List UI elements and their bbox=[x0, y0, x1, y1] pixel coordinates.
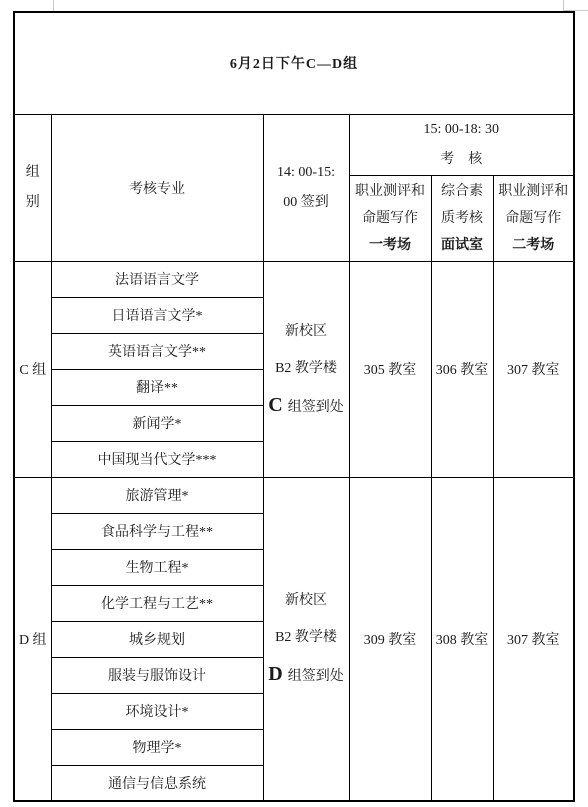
major-cell: 环境设计* bbox=[51, 693, 263, 729]
major-cell: 旅游管理* bbox=[51, 477, 263, 513]
header-group-line2: 别 bbox=[15, 188, 51, 218]
group-d-room-1: 309 教室 bbox=[349, 477, 431, 801]
group-d-room-3: 307 教室 bbox=[493, 477, 574, 801]
signin-group-letter: C bbox=[268, 394, 282, 416]
signin-group-letter: D bbox=[268, 663, 282, 685]
signin-place: C组签到处 bbox=[264, 387, 349, 426]
subheader1-line1: 职业测评和 bbox=[350, 178, 431, 205]
header-major-column: 考核专业 bbox=[51, 114, 263, 261]
group-d-label: D 组 bbox=[14, 477, 51, 801]
subheader3-line2: 命题写作 bbox=[494, 205, 574, 232]
table-title: 6月2日下午C—D组 bbox=[14, 12, 574, 114]
group-c-room-1: 305 教室 bbox=[349, 261, 431, 477]
subheader-interview-room: 综合素 质考核 面试室 bbox=[431, 175, 493, 261]
header-row-top: 组 别 考核专业 14: 00-15: 00 签到 15: 00-18: 30 … bbox=[14, 114, 574, 175]
major-cell: 城乡规划 bbox=[51, 621, 263, 657]
subheader1-line2: 命题写作 bbox=[350, 205, 431, 232]
page-canvas: 6月2日下午C—D组 组 别 考核专业 14: 00-15: 00 签到 15:… bbox=[0, 0, 588, 807]
header-session-cell: 15: 00-18: 30 考 核 bbox=[349, 114, 574, 175]
subheader3-room: 二考场 bbox=[494, 232, 574, 259]
subheader3-line1: 职业测评和 bbox=[494, 178, 574, 205]
group-c-room-2: 306 教室 bbox=[431, 261, 493, 477]
subheader2-line1: 综合素 bbox=[432, 178, 493, 205]
group-c-room-3: 307 教室 bbox=[493, 261, 574, 477]
title-row: 6月2日下午C—D组 bbox=[14, 12, 574, 114]
signin-building: B2 教学楼 bbox=[264, 350, 349, 387]
signin-suffix: 组签到处 bbox=[288, 669, 344, 684]
major-cell: 通信与信息系统 bbox=[51, 765, 263, 801]
subheader-exam-room-1: 职业测评和 命题写作 一考场 bbox=[349, 175, 431, 261]
group-c-body: C 组 法语语言文学 新校区 B2 教学楼 C组签到处 305 教室 306 教… bbox=[14, 261, 574, 477]
signin-building: B2 教学楼 bbox=[264, 619, 349, 656]
group-d-signin-cell: 新校区 B2 教学楼 D组签到处 bbox=[263, 477, 349, 801]
table-row: C 组 法语语言文学 新校区 B2 教学楼 C组签到处 305 教室 306 教… bbox=[14, 261, 574, 297]
major-cell: 食品科学与工程** bbox=[51, 513, 263, 549]
major-cell: 新闻学* bbox=[51, 405, 263, 441]
spreadsheet-gridline-artifact bbox=[53, 0, 54, 11]
exam-schedule-table: 6月2日下午C—D组 组 别 考核专业 14: 00-15: 00 签到 15:… bbox=[13, 11, 575, 802]
group-c-signin-cell: 新校区 B2 教学楼 C组签到处 bbox=[263, 261, 349, 477]
group-d-body: D 组 旅游管理* 新校区 B2 教学楼 D组签到处 309 教室 308 教室… bbox=[14, 477, 574, 801]
subheader-exam-room-2: 职业测评和 命题写作 二考场 bbox=[493, 175, 574, 261]
group-d-room-2: 308 教室 bbox=[431, 477, 493, 801]
subheader2-line2: 质考核 bbox=[432, 205, 493, 232]
subheader2-room: 面试室 bbox=[432, 232, 493, 259]
signin-campus: 新校区 bbox=[264, 313, 349, 350]
major-cell: 翻译** bbox=[51, 369, 263, 405]
major-cell: 生物工程* bbox=[51, 549, 263, 585]
header-group-column: 组 别 bbox=[14, 114, 51, 261]
session-time: 15: 00-18: 30 bbox=[350, 115, 574, 145]
major-cell: 日语语言文学* bbox=[51, 297, 263, 333]
header-signin-column: 14: 00-15: 00 签到 bbox=[263, 114, 349, 261]
major-cell: 物理学* bbox=[51, 729, 263, 765]
signin-suffix: 组签到处 bbox=[288, 400, 344, 415]
major-cell: 英语语言文学** bbox=[51, 333, 263, 369]
major-cell: 化学工程与工艺** bbox=[51, 585, 263, 621]
major-cell: 中国现当代文学*** bbox=[51, 441, 263, 477]
table-row: D 组 旅游管理* 新校区 B2 教学楼 D组签到处 309 教室 308 教室… bbox=[14, 477, 574, 513]
subheader1-room: 一考场 bbox=[350, 232, 431, 259]
signin-place: D组签到处 bbox=[264, 656, 349, 695]
signin-campus: 新校区 bbox=[264, 582, 349, 619]
group-c-label: C 组 bbox=[14, 261, 51, 477]
major-cell: 服装与服饰设计 bbox=[51, 657, 263, 693]
header-group-line1: 组 bbox=[15, 158, 51, 188]
session-name: 考 核 bbox=[350, 145, 574, 175]
header-signin-line2: 00 签到 bbox=[264, 188, 349, 218]
header-signin-line1: 14: 00-15: bbox=[264, 158, 349, 188]
major-cell: 法语语言文学 bbox=[51, 261, 263, 297]
